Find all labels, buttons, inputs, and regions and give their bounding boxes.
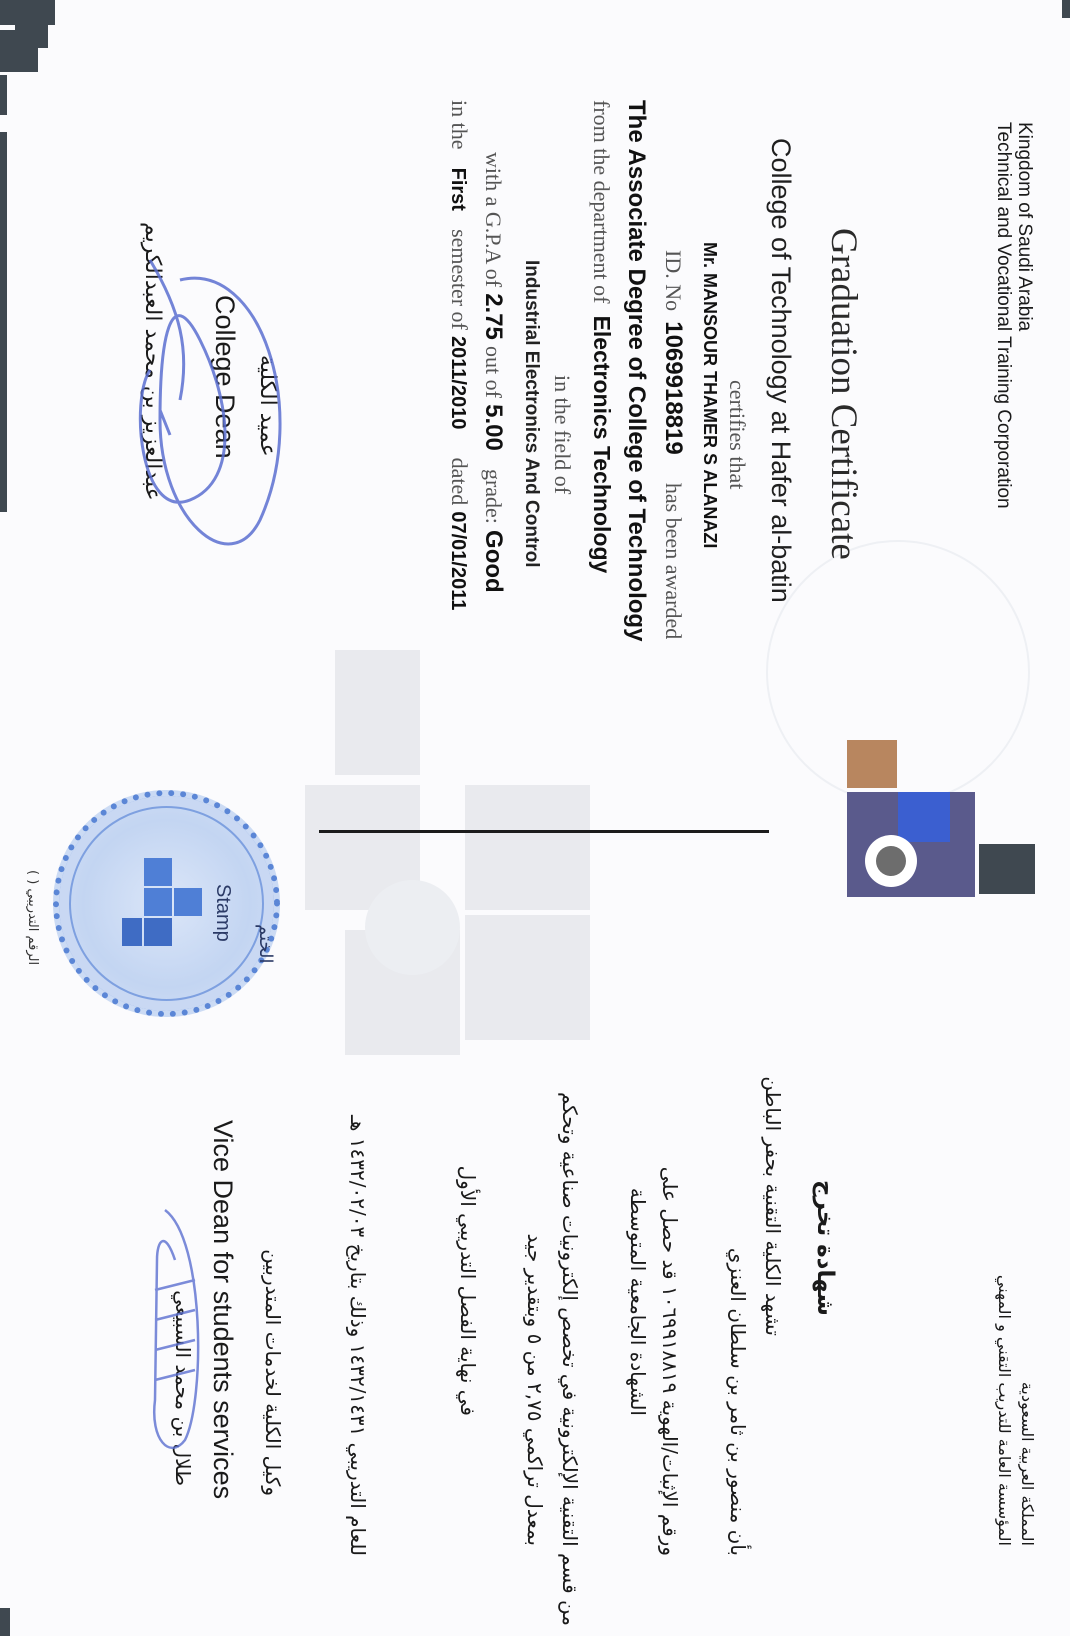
header-corporation-arabic: المؤسسة العامة للتدريب التقني و المهني (995, 1246, 1014, 1546)
out-of-label: out of (481, 346, 506, 398)
stamp-logo (122, 858, 212, 948)
field-name: Industrial Electronics And Control (520, 260, 542, 568)
arabic-line-3: ورقم الإثبات/الهوية ١٠٦٩٩١٨٨١٩ قد حصل عل… (658, 856, 682, 1556)
edge-mark (1062, 0, 1070, 18)
divider-line (319, 830, 769, 833)
gpa-label: with a G.P.A of (481, 152, 506, 287)
college-name: College of Technology at Hafer al-batin (765, 138, 796, 603)
stamp-arabic-label: الختم (255, 924, 276, 964)
degree-name: The Associate Degree of College of Techn… (622, 100, 650, 641)
academic-year: 2011/2010 (447, 336, 469, 429)
in-the-label: in the (447, 100, 472, 150)
certifies-text: certifies that (724, 380, 750, 489)
semester-name: First (447, 168, 469, 211)
semester-of-label: semester of (447, 229, 472, 330)
id-line: ID. No 1069918819 has been awarded (659, 250, 687, 639)
header-kingdom-arabic: المملكة العربية السعودية (1018, 1246, 1037, 1546)
arabic-line-8: للعام التدريبي ١٤٣٢/١٤٣١ وذلك بتاريخ ١٤٣… (346, 756, 370, 1556)
graduation-certificate-page: Kingdom of Saudi Arabia Technical and Vo… (0, 0, 1070, 1636)
gpa-value: 2.75 (480, 293, 507, 340)
header-corporation: Technical and Vocational Training Corpor… (992, 122, 1014, 509)
watermark-gear (365, 880, 460, 975)
arabic-line-1: تشهد الكلية التقنية بحفر الباطن (761, 836, 785, 1336)
gpa-max: 5.00 (480, 404, 507, 451)
field-label: in the field of (549, 375, 575, 494)
dean-signature (130, 220, 300, 600)
arabic-line-5: من قسم التقنية الإلكترونية في تخصص إلكتر… (558, 826, 582, 1626)
dated-label: dated (447, 458, 472, 506)
id-number: 1069918819 (660, 321, 687, 454)
logo-edge-fragment (0, 75, 7, 115)
gpa-line: with a G.P.A of 2.75 out of 5.00 grade: … (479, 152, 507, 593)
header-kingdom: Kingdom of Saudi Arabia (1013, 122, 1035, 331)
edge-mark (0, 1608, 10, 1636)
stamp-label: Stamp (211, 884, 234, 942)
certificate-title-arabic: شهادة تخرج (812, 1180, 838, 1316)
department-label: from the department of (589, 100, 614, 303)
arabic-line-4: الشهادة الجامعية المتوسطة (626, 916, 650, 1416)
department-line: from the department of Electronics Techn… (588, 100, 615, 573)
department-name: Electronics Technology (589, 316, 615, 574)
vice-dean-title-arabic: وكيل الكلية لخدمات المتدربين (261, 1076, 285, 1496)
arabic-line-7: في نهاية الفصل التدريبي الأول (456, 916, 480, 1416)
arabic-line-6: بمعدل تراكمي ٢,٧٥ من ٥ وبتقدير جيد (523, 846, 547, 1546)
semester-line: in the First semester of 2011/2010 dated… (446, 100, 472, 610)
grade-label: grade: (481, 469, 506, 524)
tvtc-logo (845, 740, 1035, 920)
arabic-line-2: بأن منصور بن ثامر بن سلطان العنزي (726, 856, 750, 1556)
registration-number-label: الرقم التدريبي ( ) (25, 870, 40, 965)
certificate-title: Graduation Certificate (822, 228, 865, 560)
id-label: ID. No (661, 250, 686, 311)
issue-date: 07/01/2011 (447, 511, 469, 610)
vice-dean-signature (135, 1200, 215, 1460)
student-name: Mr. MANSOUR THAMER S ALANAZI (699, 242, 720, 548)
logo-edge-fragment (0, 30, 38, 72)
official-stamp: الختم Stamp (53, 790, 280, 1017)
edge-bar (0, 132, 7, 512)
grade-value: Good (480, 530, 507, 593)
awarded-text: has been awarded (661, 483, 686, 639)
